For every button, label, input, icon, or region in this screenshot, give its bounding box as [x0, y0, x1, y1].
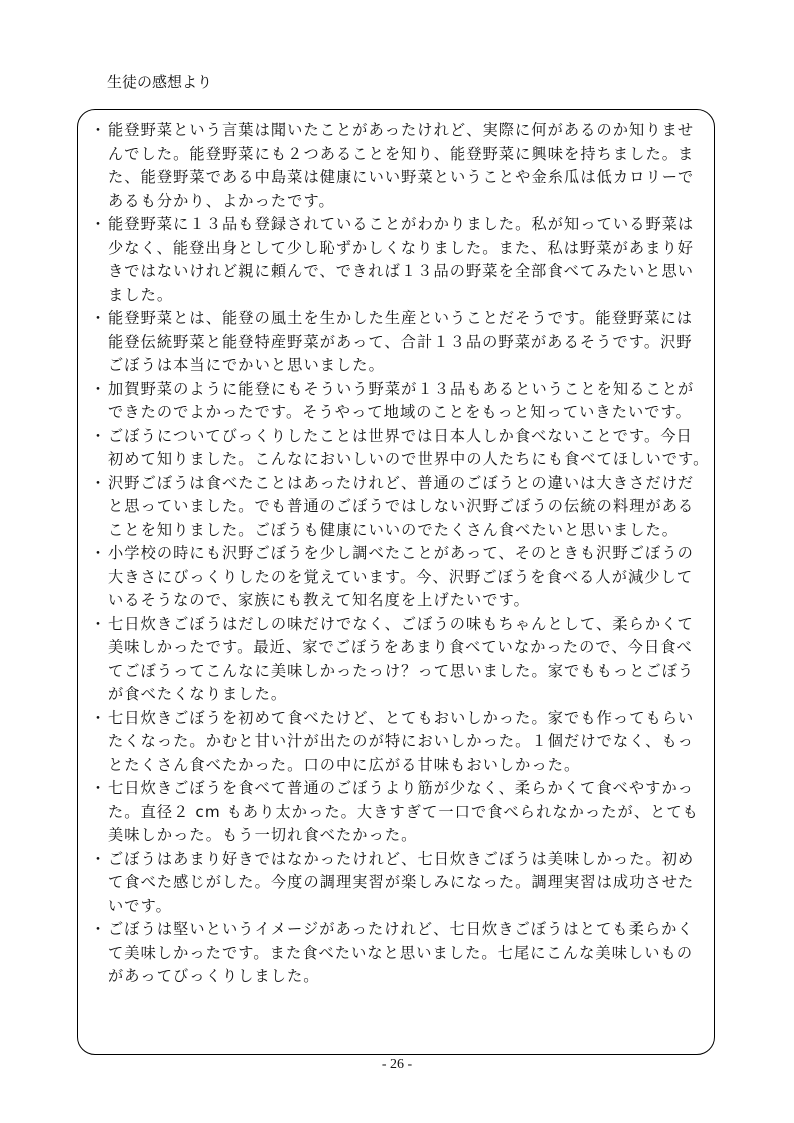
comment-text-line: んでした。能登野菜にも２つあることを知り、能登野菜に興味を持ちました。ま [108, 143, 710, 167]
comment-item: ・七日炊きごぼうを初めて食べたけど、とてもおいしかった。家でも作ってもらいたくな… [90, 707, 710, 778]
comment-text-line: ごぼうは堅いというイメージがあったけれど、七日炊きごぼうはとても柔らかく [108, 918, 710, 942]
comment-text-line: 大きさにびっくりしたのを覚えています。今、沢野ごぼうを食べる人が減少して [108, 566, 710, 590]
comment-text-line: 能登野菜とは、能登の風土を生かした生産ということだそうです。能登野菜には [108, 307, 710, 331]
comment-text-line: 美味しかったです。最近、家でごぼうをあまり食べていなかったので、今日食べ [108, 636, 710, 660]
comment-text-line: たくなった。かむと甘い汁が出たのが特においしかった。１個だけでなく、もっ [108, 730, 710, 754]
bullet-icon: ・ [90, 378, 106, 402]
comment-text-line: 七日炊きごぼうはだしの味だけでなく、ごぼうの味もちゃんとして、柔らかくて [108, 613, 710, 637]
comment-item: ・能登野菜という言葉は聞いたことがあったけれど、実際に何があるのか知りませんでし… [90, 119, 710, 213]
bullet-icon: ・ [90, 425, 106, 449]
bullet-icon: ・ [90, 119, 106, 143]
comment-text-line: 初めて知りました。こんなにおいしいので世界中の人たちにも食べてほしいです。 [108, 448, 710, 472]
comment-item: ・ごぼうは堅いというイメージがあったけれど、七日炊きごぼうはとても柔らかくて美味… [90, 918, 710, 989]
page-heading: 生徒の感想より [107, 72, 212, 92]
comment-text-line: 加賀野菜のように能登にもそういう野菜が１３品もあるということを知ることが [108, 378, 710, 402]
comment-item: ・能登野菜に１３品も登録されていることがわかりました。私が知っている野菜は少なく… [90, 213, 710, 307]
comment-item: ・小学校の時にも沢野ごぼうを少し調べたことがあって、そのときも沢野ごぼうの大きさ… [90, 542, 710, 613]
comment-text-line: いです。 [108, 895, 710, 919]
comment-text-line: が食べたくなりました。 [108, 683, 710, 707]
student-comments-list: ・能登野菜という言葉は聞いたことがあったけれど、実際に何があるのか知りませんでし… [90, 119, 710, 989]
bullet-icon: ・ [90, 613, 106, 637]
comment-text-line: とたくさん食べたかった。口の中に広がる甘味もおいしかった。 [108, 754, 710, 778]
comment-text-line: 能登野菜という言葉は聞いたことがあったけれど、実際に何があるのか知りませ [108, 119, 710, 143]
comment-text-line: 少なく、能登出身として少し恥ずかしくなりました。また、私は野菜があまり好 [108, 237, 710, 261]
bullet-icon: ・ [90, 848, 106, 872]
comment-text-line: できたのでよかったです。そうやって地域のことをもっと知っていきたいです。 [108, 401, 710, 425]
comment-text-line: と思っていました。でも普通のごぼうではしない沢野ごぼうの伝統の料理がある [108, 495, 710, 519]
comment-item: ・七日炊きごぼうはだしの味だけでなく、ごぼうの味もちゃんとして、柔らかくて美味し… [90, 613, 710, 707]
comment-text-line: てごぼうってこんなに美味しかったっけ？って思いました。家でももっとごぼう [108, 660, 710, 684]
comment-text-line: 七日炊きごぼうを食べて普通のごぼうより筋が少なく、柔らかくて食べやすかっ [108, 777, 710, 801]
comment-text-line: ました。 [108, 284, 710, 308]
comment-item: ・七日炊きごぼうを食べて普通のごぼうより筋が少なく、柔らかくて食べやすかった。直… [90, 777, 710, 848]
comment-text-line: 七日炊きごぼうを初めて食べたけど、とてもおいしかった。家でも作ってもらい [108, 707, 710, 731]
bullet-icon: ・ [90, 213, 106, 237]
comment-text-line: ごぼうについてびっくりしたことは世界では日本人しか食べないことです。今日 [108, 425, 710, 449]
bullet-icon: ・ [90, 472, 106, 496]
comment-text-line: 沢野ごぼうは食べたことはあったけれど、普通のごぼうとの違いは大きさだけだ [108, 472, 710, 496]
comment-text-line: 能登野菜に１３品も登録されていることがわかりました。私が知っている野菜は [108, 213, 710, 237]
comment-text-line: た。直径２ cm もあり太かった。大きすぎて一口で食べられなかったが、とても [108, 801, 710, 825]
comment-item: ・能登野菜とは、能登の風土を生かした生産ということだそうです。能登野菜には能登伝… [90, 307, 710, 378]
comment-text-line: ことを知りました。ごぼうも健康にいいのでたくさん食べたいと思いました。 [108, 519, 710, 543]
comment-item: ・ごぼうはあまり好きではなかったけれど、七日炊きごぼうは美味しかった。初めて食べ… [90, 848, 710, 919]
comment-text-line: 美味しかった。もう一切れ食べたかった。 [108, 824, 710, 848]
comment-text-line: きではないけれど親に頼んで、できれば１３品の野菜を全部食べてみたいと思い [108, 260, 710, 284]
comment-text-line: あるも分かり、よかったです。 [108, 190, 710, 214]
comment-item: ・加賀野菜のように能登にもそういう野菜が１３品もあるということを知ることができた… [90, 378, 710, 425]
comment-text-line: 小学校の時にも沢野ごぼうを少し調べたことがあって、そのときも沢野ごぼうの [108, 542, 710, 566]
comment-item: ・沢野ごぼうは食べたことはあったけれど、普通のごぼうとの違いは大きさだけだと思っ… [90, 472, 710, 543]
page-number: - 26 - [0, 1056, 794, 1074]
comment-text-line: いるそうなので、家族にも教えて知名度を上げたいです。 [108, 589, 710, 613]
comment-text-line: 能登伝統野菜と能登特産野菜があって、合計１３品の野菜があるそうです。沢野 [108, 331, 710, 355]
comment-text-line: て美味しかったです。また食べたいなと思いました。七尾にこんな美味しいもの [108, 942, 710, 966]
comment-text-line: て食べた感じがした。今度の調理実習が楽しみになった。調理実習は成功させた [108, 871, 710, 895]
comment-text-line: があってびっくりしました。 [108, 965, 710, 989]
comment-text-line: ごぼうはあまり好きではなかったけれど、七日炊きごぼうは美味しかった。初め [108, 848, 710, 872]
comment-text-line: た、能登野菜である中島菜は健康にいい野菜ということや金糸瓜は低カロリーで [108, 166, 710, 190]
bullet-icon: ・ [90, 918, 106, 942]
bullet-icon: ・ [90, 707, 106, 731]
bullet-icon: ・ [90, 542, 106, 566]
comment-text-line: ごぼうは本当にでかいと思いました。 [108, 354, 710, 378]
bullet-icon: ・ [90, 777, 106, 801]
comment-item: ・ごぼうについてびっくりしたことは世界では日本人しか食べないことです。今日初めて… [90, 425, 710, 472]
bullet-icon: ・ [90, 307, 106, 331]
